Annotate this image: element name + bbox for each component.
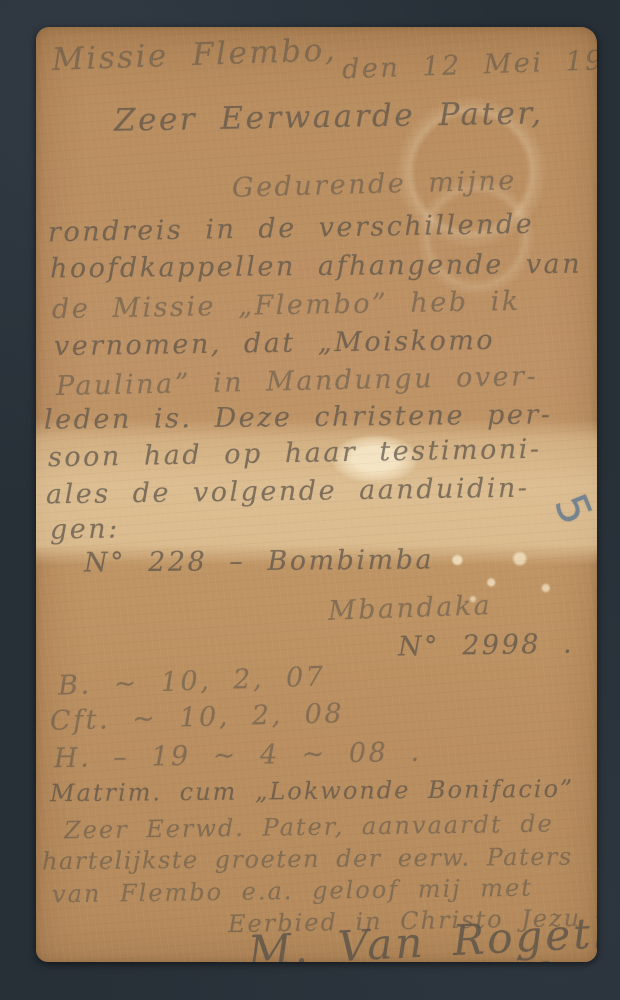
station-name: Mbandaka [328,590,493,627]
body-line: ales de volgende aanduidin- [46,473,530,511]
body-line: de Missie „Flembo” heb ik [52,286,521,325]
marriage-line: Matrim. cum „Lokwonde Bonifacio” [50,775,574,808]
sacrament-date-line: Cft. ~ 10, 2, 08 [50,698,345,737]
station-number: N° 2998 . [398,628,575,662]
postcard: Missie Flembo, den 12 Mei 19 .. Zeer Eer… [36,27,597,962]
body-line: vernomen, dat „Moiskomo [54,325,495,362]
closing-line: hartelijkste groeten der eerw. Paters [42,843,573,876]
sacrament-date-line: B. ~ 10, 2, 07 [58,661,326,701]
salutation: Zeer Eerwaarde Pater, [114,95,544,138]
closing-line: van Flembo e.a. geloof mij met [52,874,533,909]
body-line: gen: [50,513,120,545]
body-line: Paulina” in Mandungu over- [56,361,539,402]
body-line: rondreis in de verschillende [48,209,535,248]
margin-number: 5 [544,487,597,534]
record-number-line: N° 228 – Bombimba [84,544,434,578]
dateline-date: den 12 Mei 19 .. [342,44,597,86]
scan-background: Missie Flembo, den 12 Mei 19 .. Zeer Eer… [0,0,620,1000]
body-line: leden is. Deze christene per- [44,399,553,435]
dateline-place: Missie Flembo, [51,32,337,78]
body-line: hoofdkappellen afhangende van [50,249,582,285]
body-line: soon had op haar testimoni- [48,434,542,474]
body-line: Gedurende mijne [232,165,518,203]
closing-line: Zeer Eerwd. Pater, aanvaardt de [64,810,554,845]
sacrament-date-line: H. – 19 ~ 4 ~ 08 . [54,737,422,774]
